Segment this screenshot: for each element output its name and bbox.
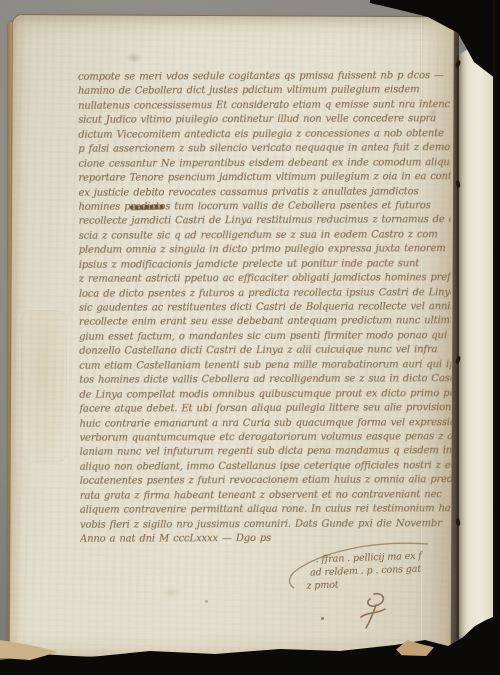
manuscript-line: sic gaudentes ac restituentes dicti Cast…	[79, 300, 451, 316]
manuscript-line: verborum quantumcumque etc derogatorioru…	[80, 430, 452, 446]
ink-speck	[205, 600, 208, 603]
manuscript-line: donzello Castellano dicti Castri de Liny…	[79, 344, 451, 360]
manuscript-line: plendum omnia z singula in dicto primo p…	[79, 242, 451, 258]
manuscript-line: sicut Judico vltimo piuilegio continetur…	[78, 113, 450, 129]
manuscript-line: locatenentes psentes z futuri revocacion…	[80, 473, 452, 489]
manuscript-line: facere atque debet. Et ubi forsan aliqua…	[79, 401, 451, 417]
manuscript-line: tos homines dicte vallis Cebollera ad re…	[79, 372, 451, 388]
manuscript-photo: compote se meri vdos sedule cogitantes q…	[0, 0, 500, 675]
manuscript-line: loca de dicto psentes z futuros a predic…	[79, 286, 451, 302]
notarial-note: . ffran . pellicij ma ex fad reldem . p …	[305, 548, 456, 592]
manuscript-text-block: compote se meri vdos sedule cogitantes q…	[78, 69, 452, 547]
backdrop-cloth-right	[493, 0, 500, 675]
manuscript-line: reportare Tenore psencium jamdictum vlti…	[78, 170, 450, 186]
manuscript-line: aliquo non obediant, immo Castellanus ip…	[80, 459, 452, 475]
manuscript-line: recollecte enim erant seu esse debebant …	[79, 315, 451, 331]
manuscript-line: recollecte jamdicti Castri de Linya rest…	[79, 214, 451, 230]
manuscript-line: vobis fieri z sigillo nro jussimus comun…	[80, 517, 452, 533]
ink-speck	[321, 617, 324, 620]
manuscript-line: de Linya compellat modis omnibus quibusc…	[79, 387, 451, 403]
manuscript-line: huic contrarie emanarunt a nra Curia sub…	[79, 416, 451, 432]
manuscript-line: dictum Vicecomitem antedicta eis puilegi…	[78, 127, 450, 143]
manuscript-line: cione cessantur Ne imperantibus eisdem d…	[78, 156, 450, 172]
manuscript-line: laniam nunc vel infuturum regenti sub di…	[80, 445, 452, 461]
manuscript-line: cum etiam Castellaniam tenenti sub pena …	[79, 358, 451, 374]
manuscript-line: ipsius z modificacionis jamdicte prelect…	[79, 257, 451, 273]
manuscript-line: p falsi assercionem z sub silencio veric…	[78, 141, 450, 157]
manuscript-line: scia z consulte sic q ad recolligendum s…	[79, 228, 451, 244]
manuscript-line: compote se meri vdos sedule cogitantes q…	[78, 69, 450, 85]
manuscript-line: ex justicie debito revocates cassamus pr…	[78, 185, 450, 201]
manuscript-line: rata grata z firma habeant teneant z obs…	[80, 488, 452, 504]
adjacent-page-edge	[457, 38, 494, 638]
manuscript-line: gium esset factum, o mandantes sic cum p…	[79, 329, 451, 345]
manuscript-line: aliquem contravenire permittant aliqua r…	[80, 502, 452, 518]
manuscript-line: z remaneant astricti ppetuo ac efficacit…	[79, 271, 451, 287]
manuscript-line: nullatenus concessissemus Et considerato…	[78, 98, 450, 114]
paraph-sign	[358, 592, 390, 630]
manuscript-line: hamino de Cebollera dict justes pdictum …	[78, 84, 450, 100]
